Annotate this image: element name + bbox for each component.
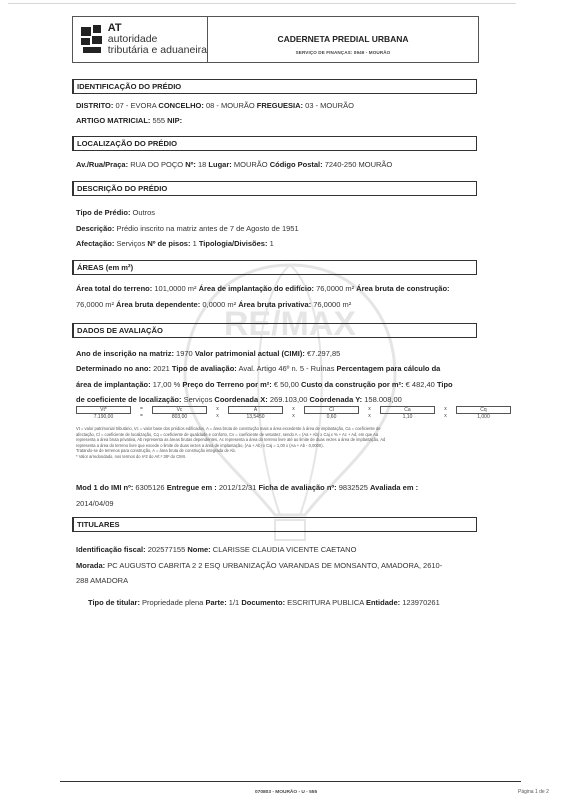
formula-term: A13,5450 <box>228 406 283 421</box>
avaliacao-mod1-line: Mod 1 do IMI nº: 6305126 Entregue em : 2… <box>76 483 418 492</box>
formula-operator: = <box>137 406 147 413</box>
formula-term: Cl0,60 <box>304 406 359 421</box>
identificacao-line-1: DISTRITO: 07 - EVORA CONCELHO: 08 - MOUR… <box>76 101 354 110</box>
identificacao-line-2: ARTIGO MATRICIAL: 555 NIP: <box>76 116 182 125</box>
formula-term-label: Cl <box>304 406 359 414</box>
footer-divider <box>60 781 521 782</box>
formula-term-label: Vc <box>152 406 207 414</box>
page-number: Página 1 de 2 <box>518 789 549 795</box>
codigo-postal-value: 7240-250 MOURÃO <box>325 160 393 169</box>
formula-term: Cq1,000 <box>456 406 511 421</box>
vpt-value: €7.297,85 <box>307 349 340 358</box>
at-logo: AT autoridade tributária e aduaneira <box>73 17 208 62</box>
formula-operator: x <box>365 413 375 420</box>
descricao-afectacao: Afectação: Serviços Nº de pisos: 1 Tipol… <box>76 239 274 248</box>
formula-note-line: * Valor arredondado, nos termos do nº2 d… <box>76 454 496 460</box>
at-logo-icon <box>81 25 104 55</box>
localizacao-line: Av./Rua/Praça: RUA DO POÇO Nº: 18 Lugar:… <box>76 160 392 169</box>
rua-value: RUA DO POÇO <box>130 160 183 169</box>
areas-line-2: 76,0000 m² Área bruta dependente: 0,0000… <box>76 300 351 309</box>
vpt-formula: Vt*7.190,00==Vc803,00xxA13,5450xxCl0,60x… <box>76 406 516 426</box>
formula-term-value: 0,60 <box>304 414 359 421</box>
formula-term-value: 13,5450 <box>228 414 283 421</box>
titular-morada-line: Morada: PC AUGUSTO CABRITA 2 2 ESQ URBAN… <box>76 561 442 570</box>
section-localizacao: LOCALIZAÇÃO DO PRÉDIO <box>72 136 477 151</box>
formula-term-value: 7.190,00 <box>76 414 131 421</box>
formula-term: Ca1,10 <box>380 406 435 421</box>
concelho-value: 08 - MOURÃO <box>206 101 255 110</box>
tax-office: SERVIÇO DE FINANÇAS: 0949 - MOURÃO <box>208 50 478 55</box>
areas-line-1: Área total do terreno: 101,0000 m² Área … <box>76 284 450 293</box>
formula-operator: x <box>441 406 451 413</box>
avaliacao-line-1: Ano de inscrição na matriz: 1970 Valor p… <box>76 349 340 358</box>
formula-operator: x <box>213 413 223 420</box>
freguesia-value: 03 - MOURÃO <box>305 101 354 110</box>
logo-line-2: tributária e aduaneira <box>108 45 207 56</box>
formula-term-value: 803,00 <box>152 414 207 421</box>
descricao-texto: Descrição: Prédio inscrito na matriz ant… <box>76 224 299 233</box>
distrito-value: 07 - EVORA <box>115 101 156 110</box>
formula-operator: x <box>289 413 299 420</box>
formula-operator: x <box>441 413 451 420</box>
scan-edge <box>8 3 516 4</box>
formula-term: Vc803,00 <box>152 406 207 421</box>
formula-term-label: Vt* <box>76 406 131 414</box>
document-header: AT autoridade tributária e aduaneira CAD… <box>72 16 479 63</box>
section-titulares: TITULARES <box>72 517 477 532</box>
formula-term-label: Cq <box>456 406 511 414</box>
titular-name: CLARISSE CLAUDIA VICENTE CAETANO <box>213 545 357 554</box>
numero-value: 18 <box>198 160 206 169</box>
avaliacao-line-4: de coeficiente de localização: Serviços … <box>76 395 402 404</box>
avaliacao-line-2: Determinado no ano: 2021 Tipo de avaliaç… <box>76 364 440 373</box>
lugar-value: MOURÃO <box>234 160 268 169</box>
formula-notes: Vt = valor patrimonial tributário, Vc = … <box>76 426 496 460</box>
titular-nif-line: Identificação fiscal: 202577155 Nome: CL… <box>76 545 356 554</box>
formula-term-value: 1,000 <box>456 414 511 421</box>
formula-operator: x <box>213 406 223 413</box>
section-descricao: DESCRIÇÃO DO PRÉDIO <box>72 181 477 196</box>
formula-term-label: A <box>228 406 283 414</box>
titular-tipo-line: Tipo de titular: Propriedade plena Parte… <box>88 598 440 607</box>
section-areas: ÁREAS (em m²) <box>72 260 477 275</box>
section-avaliacao: DADOS DE AVALIAÇÃO <box>72 323 477 338</box>
formula-operator: x <box>365 406 375 413</box>
document-title: CADERNETA PREDIAL URBANA <box>208 34 478 44</box>
artigo-value: 555 <box>153 116 166 125</box>
section-identificacao: IDENTIFICAÇÃO DO PRÉDIO <box>72 79 477 94</box>
formula-operator: x <box>289 406 299 413</box>
formula-term-value: 1,10 <box>380 414 435 421</box>
formula-term: Vt*7.190,00 <box>76 406 131 421</box>
formula-term-label: Ca <box>380 406 435 414</box>
footer-code: 070803 - MOURÃO - U - 555 <box>255 790 317 795</box>
descricao-tipo: Tipo de Prédio: Outros <box>76 208 155 217</box>
avaliacao-line-3: área de implantação: 17,00 % Preço do Te… <box>76 380 453 389</box>
titular-morada-line-2: 288 AMADORA <box>76 576 128 585</box>
avaliada-date: 2014/04/09 <box>76 499 114 508</box>
formula-operator: = <box>137 413 147 420</box>
